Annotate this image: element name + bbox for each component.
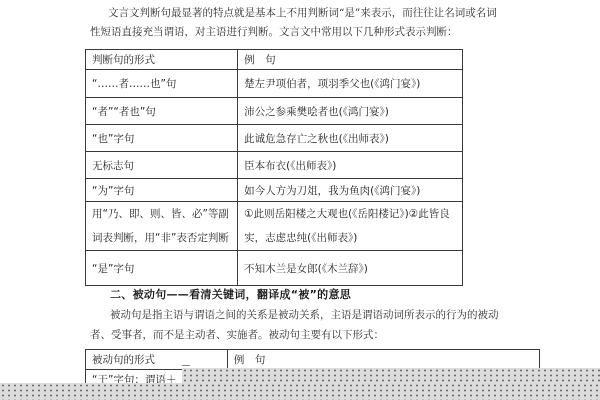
example-cell: 此诚危急存亡之秋也(《出师表》) (238, 125, 463, 152)
section-heading-passive: 二、被动句——看清关键词，翻译成“被”的意思 (110, 286, 351, 302)
header-example: 例 句 (227, 350, 539, 370)
form-cell: “为”字句 (86, 179, 238, 202)
example-cell: 不知木兰是女郎(《木兰辞》) (238, 251, 463, 286)
passive-line-2: 者、受事者，而不是主动者、实施者。被动句主要有以下形式： (90, 326, 490, 344)
table-row: 无标志句 臣本布衣(《出师表》) (86, 152, 463, 179)
table-header-row: 被动句的形式 例 句 (86, 350, 540, 370)
form-cell: 无标志句 (86, 152, 238, 179)
intro-line-1: 文言文判断句最显著的特点就是基本上不用判断词“是”来表示，而往往让名词或名词 (108, 4, 508, 22)
table-row: “……者……也”句 楚左尹项伯者，项羽季父也(《鸿门宴》) (86, 70, 463, 98)
table-row: “为”字句 如今人方为刀俎，我为鱼肉(《鸿门宴》) (86, 179, 463, 202)
table-row: “是”字句 不知木兰是女郎(《木兰辞》) (86, 251, 463, 286)
form-cell: “也”字句 (86, 125, 238, 152)
form-cell: “是”字句 (86, 251, 238, 286)
table-row: “者”“者也”句 沛公之参乘樊哙者也(《鸿门宴》) (86, 98, 463, 125)
header-example: 例 句 (238, 50, 463, 70)
example-cell: 臣本布衣(《出师表》) (238, 152, 463, 179)
header-form: 被动句的形式 (86, 350, 228, 370)
judgment-sentence-table: 判断句的形式 例 句 “……者……也”句 楚左尹项伯者，项羽季父也(《鸿门宴》)… (85, 49, 463, 286)
example-cell: ①此则岳阳楼之大观也(《岳阳楼记》)②此皆良实，志虑忠纯(《出师表》) (238, 202, 463, 251)
form-cell: 用“乃、即、则、皆、必”等副词表判断，用“非”表否定判断 (86, 202, 238, 251)
form-cell: “者”“者也”句 (86, 98, 238, 125)
intro-line-2: 性短语直接充当谓语，对主语进行判断。文言文中常用以下几种形式表示判断： (90, 23, 490, 41)
form-cell: “……者……也”句 (86, 70, 238, 98)
example-cell: 楚左尹项伯者，项羽季父也(《鸿门宴》) (238, 70, 463, 98)
table-row: 用“乃、即、则、皆、必”等副词表判断，用“非”表否定判断 ①此则岳阳楼之大观也(… (86, 202, 463, 251)
example-cell: 如今人方为刀俎，我为鱼肉(《鸿门宴》) (238, 179, 463, 202)
example-cell: 沛公之参乘樊哙者也(《鸿门宴》) (238, 98, 463, 125)
watermark-overlay (0, 383, 600, 400)
table-header-row: 判断句的形式 例 句 (86, 50, 463, 70)
header-form: 判断句的形式 (86, 50, 238, 70)
table-row: “也”字句 此诚危急存亡之秋也(《出师表》) (86, 125, 463, 152)
passive-line-1: 被动句是指主语与谓语之间的关系是被动关系，主语是谓语动词所表示的行为的被动 (110, 306, 510, 324)
watermark-overlay (182, 368, 600, 384)
